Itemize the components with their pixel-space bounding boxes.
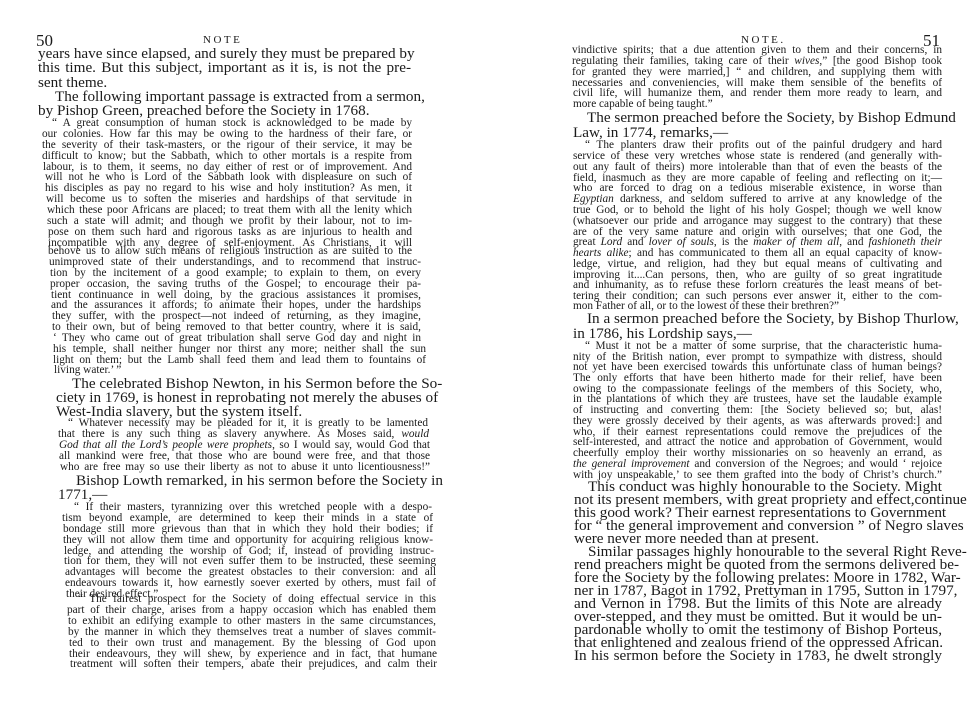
text-line: 1771,— bbox=[58, 487, 107, 502]
text-line: in 1786, his Lordship says,— bbox=[573, 326, 752, 341]
text-line: Bishop Lowth remarked, in his sermon bef… bbox=[76, 473, 431, 488]
text-line: by Pishop Green, preached before the Soc… bbox=[38, 103, 370, 118]
text-line: treatment will soften their tempers, aba… bbox=[70, 659, 437, 670]
text-line: The sermon preached before the Society, … bbox=[587, 110, 942, 125]
text-line: In a sermon preached before the Society,… bbox=[587, 311, 942, 326]
right-page: NOTE. 51 vindictive spirits; that a due … bbox=[490, 0, 980, 711]
left-page: 50 NOTE years have since elapsed, and su… bbox=[0, 0, 490, 711]
text-line: this time. But this subject, important a… bbox=[38, 60, 411, 75]
text-line: In his sermon before the Society in 1783… bbox=[574, 648, 942, 663]
text-line: Law, in 1774, remarks,— bbox=[573, 125, 728, 140]
